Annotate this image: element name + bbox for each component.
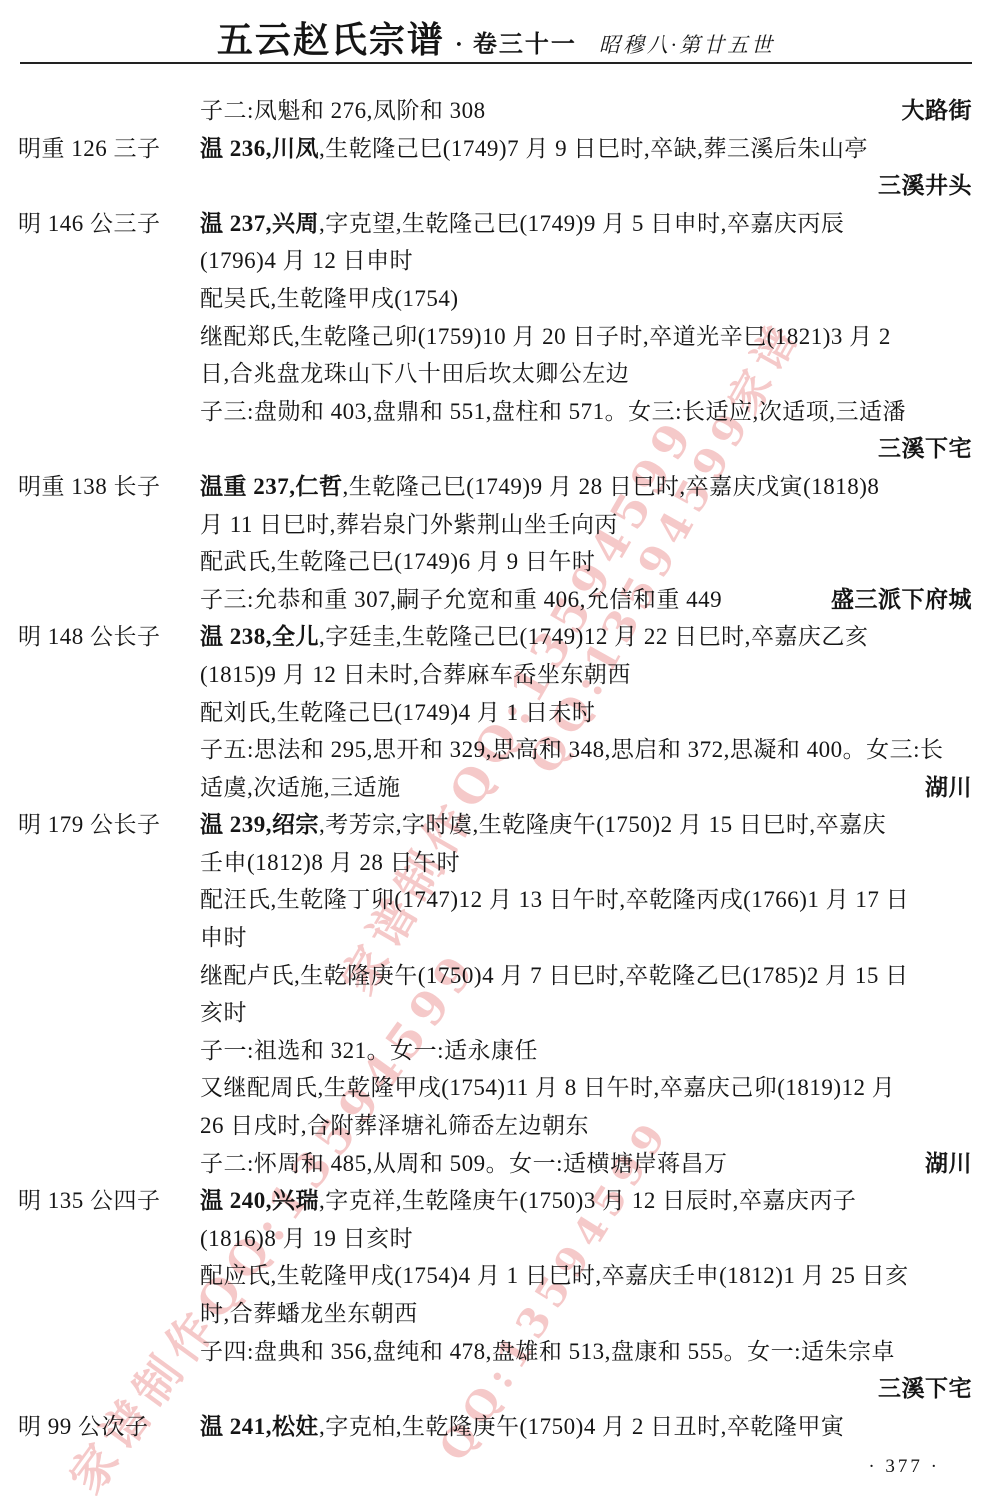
entry-detail: 子五:思法和 295,思开和 329,思高和 348,思启和 372,思凝和 4… bbox=[200, 737, 944, 762]
person-name: 温 238,全儿 bbox=[200, 624, 319, 649]
entry-text: 温 236,川凤,生乾隆己巳(1749)7 月 9 日巳时,卒缺,葬三溪后朱山亭 bbox=[200, 130, 868, 168]
entry-text: 又继配周氏,生乾隆甲戌(1754)11 月 8 日午时,卒嘉庆己卯(1819)1… bbox=[200, 1069, 895, 1107]
generation-label: 昭穆八·第廿五世 bbox=[599, 33, 775, 57]
genealogy-row: 三溪下宅 bbox=[0, 430, 992, 468]
entry-text: 日,合兆盘龙珠山下八十田后坎太卿公左边 bbox=[200, 355, 629, 393]
place-label: 湖川 bbox=[925, 769, 972, 807]
lineage-label: 明 179 公长子 bbox=[18, 806, 161, 844]
genealogy-row: 26 日戌时,合附葬泽塘礼筛岙左边朝东 bbox=[0, 1107, 992, 1145]
page-number: · 377 · bbox=[868, 1456, 940, 1478]
lineage-label: 明重 126 三子 bbox=[18, 130, 161, 168]
genealogy-row: (1796)4 月 12 日申时 bbox=[0, 242, 992, 280]
entry-detail: ,字克望,生乾隆己巳(1749)9 月 5 日申时,卒嘉庆丙辰 bbox=[319, 211, 844, 236]
genealogy-row: 申时 bbox=[0, 919, 992, 957]
lineage-label: 明重 138 长子 bbox=[18, 468, 161, 506]
person-name: 温 240,兴瑞 bbox=[200, 1188, 319, 1213]
entry-text: 月 11 日巳时,葬岩泉门外紫荆山坐壬向丙 bbox=[200, 506, 618, 544]
page-header: 五云赵氏宗谱 · 卷三十一 昭穆八·第廿五世 bbox=[0, 12, 992, 63]
genealogy-row: 配应氏,生乾隆甲戌(1754)4 月 1 日巳时,卒嘉庆壬申(1812)1 月 … bbox=[0, 1257, 992, 1295]
entry-detail: (1796)4 月 12 日申时 bbox=[200, 248, 413, 273]
entry-detail: 子四:盘典和 356,盘纯和 478,盘雄和 513,盘康和 555。女一:适朱… bbox=[200, 1339, 895, 1364]
place-label: 大路街 bbox=[902, 92, 973, 130]
genealogy-row: 又继配周氏,生乾隆甲戌(1754)11 月 8 日午时,卒嘉庆己卯(1819)1… bbox=[0, 1069, 992, 1107]
entry-text: 继配郑氏,生乾隆己卯(1759)10 月 20 日子时,卒道光辛巳(1821)3… bbox=[200, 318, 891, 356]
genealogy-row: 子三:允恭和重 307,嗣子允宽和重 406,允信和重 449 盛三派下府城 bbox=[0, 581, 992, 619]
person-name: 温 237,兴周 bbox=[200, 211, 319, 236]
place-label: 湖川 bbox=[925, 1145, 972, 1183]
genealogy-row: 时,合葬蟠龙坐东朝西 bbox=[0, 1295, 992, 1333]
entry-detail: 又继配周氏,生乾隆甲戌(1754)11 月 8 日午时,卒嘉庆己卯(1819)1… bbox=[200, 1075, 895, 1100]
entry-detail: 时,合葬蟠龙坐东朝西 bbox=[200, 1301, 418, 1326]
genealogy-row: 明 148 公长子 温 238,全儿,字廷圭,生乾隆己巳(1749)12 月 2… bbox=[0, 618, 992, 656]
place-label: 三溪井头 bbox=[878, 167, 972, 205]
entry-detail: 26 日戌时,合附葬泽塘礼筛岙左边朝东 bbox=[200, 1113, 589, 1138]
entry-text: 子二:凤魁和 276,凤阶和 308 bbox=[200, 92, 486, 130]
genealogy-row: 明重 138 长子 温重 237,仁哲,生乾隆己巳(1749)9 月 28 日巳… bbox=[0, 468, 992, 506]
genealogy-row: 配刘氏,生乾隆己巳(1749)4 月 1 日未时 bbox=[0, 694, 992, 732]
entry-detail: 适虞,次适施,三适施 bbox=[200, 775, 401, 800]
entry-text: (1815)9 月 12 日未时,合葬麻车岙坐东朝西 bbox=[200, 656, 631, 694]
genealogy-row: 子二:凤魁和 276,凤阶和 308 大路街 bbox=[0, 92, 992, 130]
entry-text: 配刘氏,生乾隆己巳(1749)4 月 1 日未时 bbox=[200, 694, 595, 732]
entry-detail: 壬申(1812)8 月 28 日午时 bbox=[200, 850, 460, 875]
genealogy-row: 配汪氏,生乾隆丁卯(1747)12 月 13 日午时,卒乾隆丙戌(1766)1 … bbox=[0, 881, 992, 919]
person-name: 温重 237,仁哲 bbox=[200, 474, 343, 499]
entry-text: 温 241,松妵,字克柏,生乾隆庚午(1750)4 月 2 日丑时,卒乾隆甲寅 bbox=[200, 1408, 844, 1446]
entry-detail: ,字克祥,生乾隆庚午(1750)3 月 12 日辰时,卒嘉庆丙子 bbox=[319, 1188, 856, 1213]
entry-text: 亥时 bbox=[200, 994, 247, 1032]
genealogy-row: 配吴氏,生乾隆甲戌(1754) bbox=[0, 280, 992, 318]
genealogy-row: 子二:怀周和 485,从周和 509。女一:适横塘岸蒋昌万 湖川 bbox=[0, 1145, 992, 1183]
person-name: 温 236,川凤 bbox=[200, 136, 319, 161]
genealogy-row: 明 179 公长子 温 239,绍宗,考芳宗,字时虞,生乾隆庚午(1750)2 … bbox=[0, 806, 992, 844]
entry-text: 温 240,兴瑞,字克祥,生乾隆庚午(1750)3 月 12 日辰时,卒嘉庆丙子 bbox=[200, 1182, 856, 1220]
lineage-label: 明 148 公长子 bbox=[18, 618, 161, 656]
entry-text: 温重 237,仁哲,生乾隆己巳(1749)9 月 28 日巳时,卒嘉庆戊寅(18… bbox=[200, 468, 879, 506]
content-rows: 子二:凤魁和 276,凤阶和 308 大路街 明重 126 三子 温 236,川… bbox=[0, 92, 992, 1445]
genealogy-row: 日,合兆盘龙珠山下八十田后坎太卿公左边 bbox=[0, 355, 992, 393]
entry-detail: 子二:凤魁和 276,凤阶和 308 bbox=[200, 98, 486, 123]
entry-detail: ,考芳宗,字时虞,生乾隆庚午(1750)2 月 15 日巳时,卒嘉庆 bbox=[319, 812, 886, 837]
entry-detail: 配刘氏,生乾隆己巳(1749)4 月 1 日未时 bbox=[200, 700, 595, 725]
genealogy-row: 明 135 公四子 温 240,兴瑞,字克祥,生乾隆庚午(1750)3 月 12… bbox=[0, 1182, 992, 1220]
genealogy-row: 三溪下宅 bbox=[0, 1370, 992, 1408]
lineage-label: 明 146 公三子 bbox=[18, 205, 161, 243]
entry-text: (1816)8 月 19 日亥时 bbox=[200, 1220, 413, 1258]
entry-text: 26 日戌时,合附葬泽塘礼筛岙左边朝东 bbox=[200, 1107, 589, 1145]
entry-text: 子三:盘勋和 403,盘鼎和 551,盘柱和 571。女三:长适应,次适项,三适… bbox=[200, 393, 906, 431]
genealogy-row: 适虞,次适施,三适施 湖川 bbox=[0, 769, 992, 807]
genealogy-row: 月 11 日巳时,葬岩泉门外紫荆山坐壬向丙 bbox=[0, 506, 992, 544]
entry-text: 温 238,全儿,字廷圭,生乾隆己巳(1749)12 月 22 日巳时,卒嘉庆乙… bbox=[200, 618, 868, 656]
genealogy-row: 明 146 公三子 温 237,兴周,字克望,生乾隆己巳(1749)9 月 5 … bbox=[0, 205, 992, 243]
place-label: 三溪下宅 bbox=[878, 430, 972, 468]
entry-detail: 继配卢氏,生乾隆庚午(1750)4 月 7 日巳时,卒乾隆乙巳(1785)2 月… bbox=[200, 963, 909, 988]
entry-detail: ,字克柏,生乾隆庚午(1750)4 月 2 日丑时,卒乾隆甲寅 bbox=[319, 1414, 844, 1439]
entry-detail: ,生乾隆己巳(1749)7 月 9 日巳时,卒缺,葬三溪后朱山亭 bbox=[319, 136, 868, 161]
place-label: 三溪下宅 bbox=[878, 1370, 972, 1408]
entry-detail: 子二:怀周和 485,从周和 509。女一:适横塘岸蒋昌万 bbox=[200, 1151, 728, 1176]
entry-detail: 配吴氏,生乾隆甲戌(1754) bbox=[200, 286, 459, 311]
genealogy-row: 明重 126 三子 温 236,川凤,生乾隆己巳(1749)7 月 9 日巳时,… bbox=[0, 130, 992, 168]
genealogy-row: 继配卢氏,生乾隆庚午(1750)4 月 7 日巳时,卒乾隆乙巳(1785)2 月… bbox=[0, 957, 992, 995]
entry-text: 配应氏,生乾隆甲戌(1754)4 月 1 日巳时,卒嘉庆壬申(1812)1 月 … bbox=[200, 1257, 909, 1295]
entry-detail: 申时 bbox=[200, 925, 247, 950]
entry-text: 配汪氏,生乾隆丁卯(1747)12 月 13 日午时,卒乾隆丙戌(1766)1 … bbox=[200, 881, 909, 919]
genealogy-row: 子四:盘典和 356,盘纯和 478,盘雄和 513,盘康和 555。女一:适朱… bbox=[0, 1333, 992, 1371]
book-title: 五云赵氏宗谱 bbox=[217, 20, 445, 60]
person-name: 温 241,松妵 bbox=[200, 1414, 319, 1439]
entry-detail: 继配郑氏,生乾隆己卯(1759)10 月 20 日子时,卒道光辛巳(1821)3… bbox=[200, 324, 891, 349]
genealogy-row: 亥时 bbox=[0, 994, 992, 1032]
entry-text: 子三:允恭和重 307,嗣子允宽和重 406,允信和重 449 bbox=[200, 581, 722, 619]
entry-detail: 月 11 日巳时,葬岩泉门外紫荆山坐壬向丙 bbox=[200, 512, 618, 537]
entry-text: 温 237,兴周,字克望,生乾隆己巳(1749)9 月 5 日申时,卒嘉庆丙辰 bbox=[200, 205, 844, 243]
entry-text: 继配卢氏,生乾隆庚午(1750)4 月 7 日巳时,卒乾隆乙巳(1785)2 月… bbox=[200, 957, 909, 995]
entry-detail: (1815)9 月 12 日未时,合葬麻车岙坐东朝西 bbox=[200, 662, 631, 687]
entry-detail: 子三:盘勋和 403,盘鼎和 551,盘柱和 571。女三:长适应,次适项,三适… bbox=[200, 399, 906, 424]
genealogy-row: (1816)8 月 19 日亥时 bbox=[0, 1220, 992, 1258]
entry-text: 子五:思法和 295,思开和 329,思高和 348,思启和 372,思凝和 4… bbox=[200, 731, 944, 769]
entry-text: 配吴氏,生乾隆甲戌(1754) bbox=[200, 280, 459, 318]
genealogy-row: 壬申(1812)8 月 28 日午时 bbox=[0, 844, 992, 882]
entry-text: (1796)4 月 12 日申时 bbox=[200, 242, 413, 280]
entry-detail: (1816)8 月 19 日亥时 bbox=[200, 1226, 413, 1251]
genealogy-row: 子三:盘勋和 403,盘鼎和 551,盘柱和 571。女三:长适应,次适项,三适… bbox=[0, 393, 992, 431]
entry-text: 申时 bbox=[200, 919, 247, 957]
header-rule bbox=[20, 62, 972, 64]
entry-detail: 配汪氏,生乾隆丁卯(1747)12 月 13 日午时,卒乾隆丙戌(1766)1 … bbox=[200, 887, 909, 912]
genealogy-row: 配武氏,生乾隆己巳(1749)6 月 9 日午时 bbox=[0, 543, 992, 581]
genealogy-row: 明 99 公次子 温 241,松妵,字克柏,生乾隆庚午(1750)4 月 2 日… bbox=[0, 1408, 992, 1446]
entry-detail: 配武氏,生乾隆己巳(1749)6 月 9 日午时 bbox=[200, 549, 595, 574]
entry-text: 壬申(1812)8 月 28 日午时 bbox=[200, 844, 460, 882]
entry-detail: ,字廷圭,生乾隆己巳(1749)12 月 22 日巳时,卒嘉庆乙亥 bbox=[319, 624, 868, 649]
entry-text: 子四:盘典和 356,盘纯和 478,盘雄和 513,盘康和 555。女一:适朱… bbox=[200, 1333, 895, 1371]
entry-detail: 子一:祖选和 321。女一:适永康任 bbox=[200, 1038, 538, 1063]
volume-label: · 卷三十一 bbox=[455, 32, 577, 58]
genealogy-page: 家谱制作QQ:13594599QQ:13594599家谱家谱制作QQ:13594… bbox=[0, 0, 992, 1512]
genealogy-row: (1815)9 月 12 日未时,合葬麻车岙坐东朝西 bbox=[0, 656, 992, 694]
person-name: 温 239,绍宗 bbox=[200, 812, 319, 837]
entry-detail: 日,合兆盘龙珠山下八十田后坎太卿公左边 bbox=[200, 361, 629, 386]
entry-detail: 亥时 bbox=[200, 1000, 247, 1025]
entry-text: 子二:怀周和 485,从周和 509。女一:适横塘岸蒋昌万 bbox=[200, 1145, 728, 1183]
entry-text: 温 239,绍宗,考芳宗,字时虞,生乾隆庚午(1750)2 月 15 日巳时,卒… bbox=[200, 806, 886, 844]
entry-detail: 子三:允恭和重 307,嗣子允宽和重 406,允信和重 449 bbox=[200, 587, 722, 612]
lineage-label: 明 99 公次子 bbox=[18, 1408, 149, 1446]
entry-text: 适虞,次适施,三适施 bbox=[200, 769, 401, 807]
place-label: 盛三派下府城 bbox=[831, 581, 972, 619]
entry-text: 时,合葬蟠龙坐东朝西 bbox=[200, 1295, 418, 1333]
entry-text: 配武氏,生乾隆己巳(1749)6 月 9 日午时 bbox=[200, 543, 595, 581]
lineage-label: 明 135 公四子 bbox=[18, 1182, 161, 1220]
entry-text: 子一:祖选和 321。女一:适永康任 bbox=[200, 1032, 538, 1070]
genealogy-row: 子五:思法和 295,思开和 329,思高和 348,思启和 372,思凝和 4… bbox=[0, 731, 992, 769]
genealogy-row: 子一:祖选和 321。女一:适永康任 bbox=[0, 1032, 992, 1070]
genealogy-row: 三溪井头 bbox=[0, 167, 992, 205]
genealogy-row: 继配郑氏,生乾隆己卯(1759)10 月 20 日子时,卒道光辛巳(1821)3… bbox=[0, 318, 992, 356]
entry-detail: ,生乾隆己巳(1749)9 月 28 日巳时,卒嘉庆戊寅(1818)8 bbox=[343, 474, 880, 499]
entry-detail: 配应氏,生乾隆甲戌(1754)4 月 1 日巳时,卒嘉庆壬申(1812)1 月 … bbox=[200, 1263, 909, 1288]
